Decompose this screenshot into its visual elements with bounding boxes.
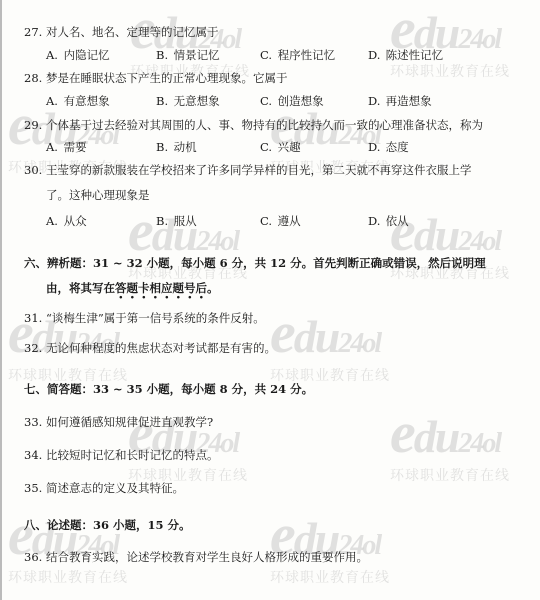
question-33: 33.如何遵循感知规律促进直观教学? xyxy=(24,415,213,429)
option-d: D. 态度 xyxy=(368,140,409,154)
section-8-heading: 八、论述题：36 小题，15 分。 xyxy=(24,518,191,532)
option-a: A. 有意想象 xyxy=(46,94,110,108)
question-30-continued: 了。这种心理现象是 xyxy=(46,188,150,202)
question-29: 29.个体基于过去经验对其周围的人、事、物持有的比较持久而一致的心理准备状态，称… xyxy=(24,118,483,132)
section-6-heading-continued: 由，将其写在答题卡相应题号后。 xyxy=(46,281,219,295)
option-a: A. 从众 xyxy=(46,214,87,228)
option-c: C. 创造想象 xyxy=(260,94,324,108)
watermark: edu24ol 环球职业教育在线 xyxy=(270,310,390,385)
option-a: A. 内隐记忆 xyxy=(46,48,110,62)
section-6-heading: 六、辨析题：31 ~ 32 小题，每小题 6 分，共 12 分。首先判断正确或错… xyxy=(24,256,486,270)
exam-page: edu24ol 环球职业教育在线 edu24ol 环球职业教育在线 edu24o… xyxy=(0,0,540,600)
watermark: edu24ol 环球职业教育在线 xyxy=(130,6,250,81)
option-d: D. 再造想象 xyxy=(368,94,432,108)
option-d: D. 依从 xyxy=(368,214,409,228)
section-7-heading: 七、简答题：33 ~ 35 小题，每小题 8 分，共 24 分。 xyxy=(24,382,313,396)
watermark: edu24ol 环球职业教育在线 xyxy=(390,6,510,81)
option-c: C. 遵从 xyxy=(260,214,301,228)
option-c: C. 兴趣 xyxy=(260,140,301,154)
option-b: B. 服从 xyxy=(156,214,197,228)
question-35: 35.简述意志的定义及其特征。 xyxy=(24,481,184,495)
option-b: B. 动机 xyxy=(156,140,197,154)
question-31: 31.“谈梅生津”属于第一信号系统的条件反射。 xyxy=(24,311,265,325)
question-30: 30.王莹穿的新款服装在学校招来了许多同学异样的目光，第二天就不再穿这件衣服上学 xyxy=(24,163,472,177)
option-a: A. 需要 xyxy=(46,140,87,154)
question-34: 34.比较短时记忆和长时记忆的特点。 xyxy=(24,448,219,462)
question-27: 27.对人名、地名、定理等的记忆属于 xyxy=(24,25,219,39)
watermark: edu24ol 环球职业教育在线 xyxy=(390,410,510,485)
option-c: C. 程序性记忆 xyxy=(260,48,335,62)
question-36: 36.结合教育实践，论述学校教育对学生良好人格形成的重要作用。 xyxy=(24,550,368,564)
question-32: 32.无论何种程度的焦虑状态对考试都是有害的。 xyxy=(24,341,276,355)
option-b: B. 无意想象 xyxy=(156,94,220,108)
option-b: B. 情景记忆 xyxy=(156,48,220,62)
option-d: D. 陈述性记忆 xyxy=(368,48,443,62)
question-28: 28.梦是在睡眠状态下产生的正常心理现象。它属于 xyxy=(24,71,288,85)
